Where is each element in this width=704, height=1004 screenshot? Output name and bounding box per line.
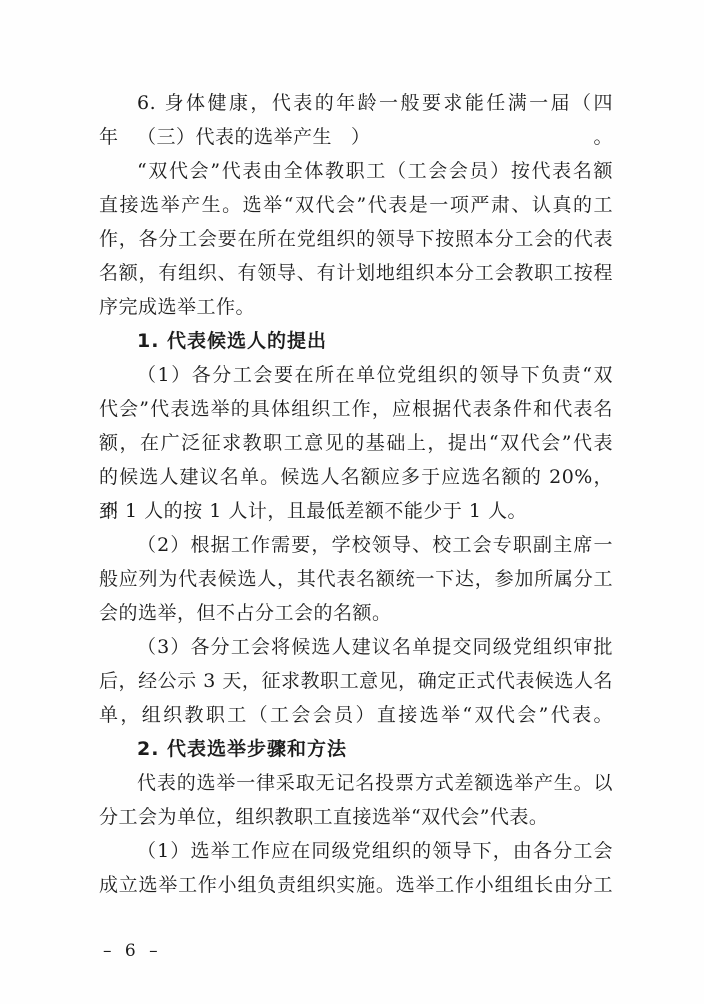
body-line: 序完成选举工作。 bbox=[99, 290, 613, 324]
body-line: 代表的选举一律采取无记名投票方式差额选举产生。以 bbox=[99, 766, 613, 800]
body-line: 分工会为单位，组织教职工直接选举“双代会”代表。 bbox=[99, 800, 613, 834]
document-body: 6. 身体健康，代表的年龄一般要求能任满一届（四年）。 （三）代表的选举产生 “… bbox=[99, 86, 613, 902]
body-line: （3）各分工会将候选人建议名单提交同级党组织审批 bbox=[99, 630, 613, 664]
body-line: 6. 身体健康，代表的年龄一般要求能任满一届（四年）。 bbox=[99, 86, 613, 120]
body-line: 到 1 人的按 1 人计，且最低差额不能少于 1 人。 bbox=[99, 494, 613, 528]
body-line: 的候选人建议名单。候选人名额应多于应选名额的 20%，不 bbox=[99, 460, 613, 494]
section-heading-2: 2. 代表选举步骤和方法 bbox=[99, 732, 613, 766]
body-line: 般应列为代表候选人，其代表名额统一下达，参加所属分工 bbox=[99, 562, 613, 596]
page-number: – 6 – bbox=[103, 936, 162, 966]
body-line: 代会”代表选举的具体组织工作，应根据代表条件和代表名 bbox=[99, 392, 613, 426]
body-line: 后，经公示 3 天，征求教职工意见，确定正式代表候选人名 bbox=[99, 664, 613, 698]
body-line: 直接选举产生。选举“双代会”代表是一项严肃、认真的工 bbox=[99, 188, 613, 222]
body-line: 名额，有组织、有领导、有计划地组织本分工会教职工按程 bbox=[99, 256, 613, 290]
section-heading-1: 1. 代表候选人的提出 bbox=[99, 324, 613, 358]
document-page: 6. 身体健康，代表的年龄一般要求能任满一届（四年）。 （三）代表的选举产生 “… bbox=[0, 0, 704, 1004]
body-line: （2）根据工作需要，学校领导、校工会专职副主席一 bbox=[99, 528, 613, 562]
body-line: 成立选举工作小组负责组织实施。选举工作小组组长由分工 bbox=[99, 868, 613, 902]
body-line: （1）各分工会要在所在单位党组织的领导下负责“双 bbox=[99, 358, 613, 392]
body-line: 会的选举，但不占分工会的名额。 bbox=[99, 596, 613, 630]
body-line: 作，各分工会要在所在党组织的领导下按照本分工会的代表 bbox=[99, 222, 613, 256]
body-line: 额，在广泛征求教职工意见的基础上，提出“双代会”代表 bbox=[99, 426, 613, 460]
body-line: （1）选举工作应在同级党组织的领导下，由各分工会 bbox=[99, 834, 613, 868]
body-line: “双代会”代表由全体教职工（工会会员）按代表名额 bbox=[99, 154, 613, 188]
body-line: 单，组织教职工（工会会员）直接选举“双代会”代表。 bbox=[99, 698, 613, 732]
